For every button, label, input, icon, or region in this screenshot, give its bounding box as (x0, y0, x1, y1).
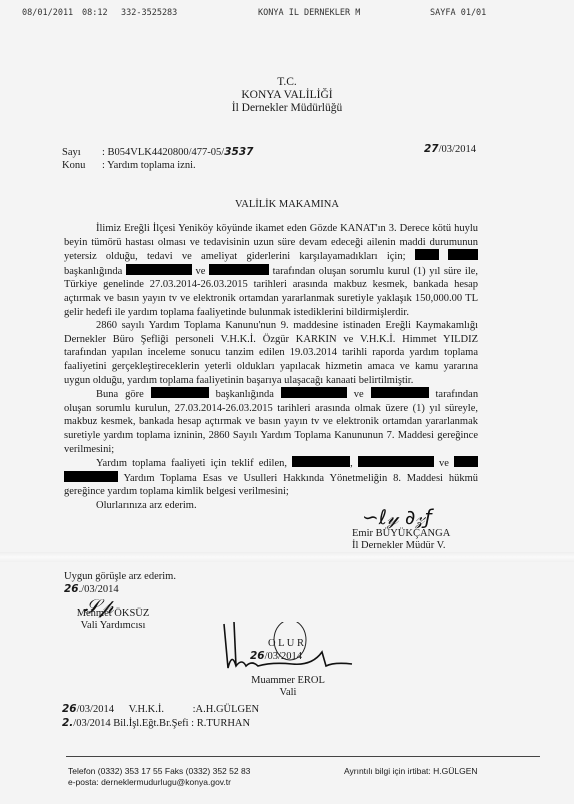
fax-page: SAYFA 01/01 (430, 8, 486, 18)
paragraph-2: 2860 sayılı Yardım Toplama Kanunu'nun 9.… (64, 319, 478, 387)
document-date: 27/03/2014 (424, 143, 476, 155)
redaction (371, 387, 429, 398)
footer-info: Ayrıntılı bilgi için irtibat: H.GÜLGEN (344, 766, 478, 777)
redaction (415, 249, 439, 260)
approval-block: Uygun görüşle arz ederim. 26./03/2014 (64, 571, 176, 596)
signatory-deputy: Mehmet ÖKSÜZ Vali Yardımcısı (68, 608, 158, 632)
footer-phone: Telefon (0332) 353 17 55 Faks (0332) 352… (68, 766, 250, 777)
letterhead: T.C. KONYA VALİLİĞİ İl Dernekler Müdürlü… (0, 76, 574, 115)
letterhead-directorate: İl Dernekler Müdürlüğü (0, 102, 574, 115)
signatory-director: Emir BÜYÜKÇANGA İl Dernekler Müdür V. (352, 528, 450, 552)
letterhead-tc: T.C. (0, 76, 574, 89)
fax-time: 08:12 (82, 8, 108, 18)
fax-date: 08/01/2011 (22, 8, 73, 18)
paragraph-4: Yardım toplama faaliyeti için teklif edi… (64, 456, 478, 499)
subject: Konu: Yardım toplama izni. (62, 160, 196, 171)
paragraph-3: Buna göre başkanlığında ve tarafından ol… (64, 387, 478, 456)
paraph-1: 26/03/2014 V.H.K.İ. :A.H.GÜLGEN (62, 703, 259, 716)
reference-number: Sayı: B054VLK4420800/477-05/3537 (62, 146, 253, 158)
signatory-governor: Muammer EROL Vali (238, 675, 338, 699)
paragraph-1: İlimiz Ereğli İlçesi Yeniköy köyünde ika… (64, 222, 478, 319)
redaction (448, 249, 478, 260)
footer-divider (66, 756, 540, 757)
redaction (126, 264, 192, 275)
paper-fold (0, 552, 574, 562)
footer-contact: Telefon (0332) 353 17 55 Faks (0332) 352… (68, 766, 250, 788)
paraph-2: 2./03/2014 Bil.İşl.Eğt.Br.Şefi : R.TURHA… (62, 717, 250, 730)
redaction (292, 456, 350, 467)
redaction (454, 456, 478, 467)
redaction (151, 387, 209, 398)
fax-phone: 332-3525283 (121, 8, 177, 18)
letterhead-governorship: KONYA VALİLİĞİ (0, 89, 574, 102)
redaction (281, 387, 347, 398)
letter-body: İlimiz Ereğli İlçesi Yeniköy köyünde ika… (64, 222, 478, 512)
signature-director: ∽ℓ𝓎 ∂𝓏ƒ (362, 505, 432, 529)
addressee-title: VALİLİK MAKAMINA (0, 199, 574, 210)
fax-sender: KONYA IL DERNEKLER M (258, 8, 360, 18)
handwritten-number: 3537 (224, 146, 253, 158)
signature-governor (222, 622, 362, 672)
redaction (209, 264, 269, 275)
redaction (358, 456, 434, 467)
redaction (64, 471, 118, 482)
footer-email[interactable]: e-posta: derneklermudurlugu@konya.gov.tr (68, 777, 250, 788)
